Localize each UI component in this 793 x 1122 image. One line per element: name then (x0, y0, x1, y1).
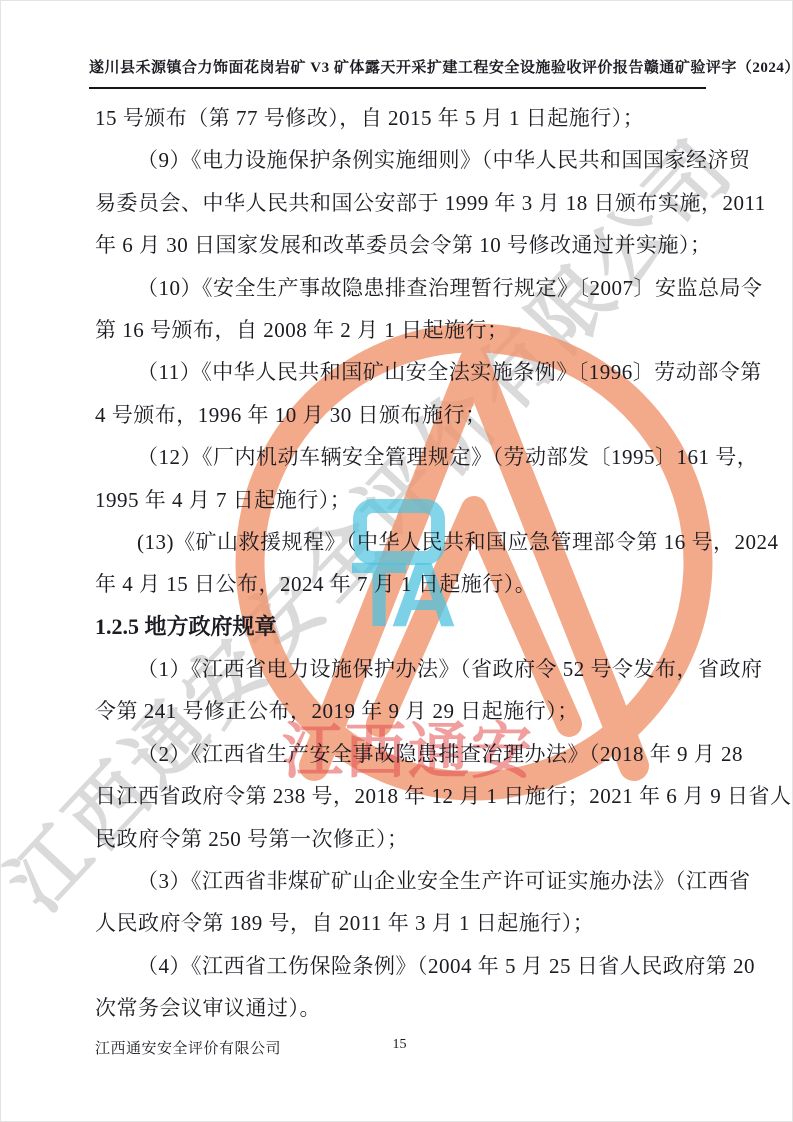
body-line: (13)《矿山救援规程》（中华人民共和国应急管理部令第 16 号，2024 (95, 521, 702, 563)
body-line: （2）《江西省生产安全事故隐患排查治理办法》（2018 年 9 月 28 (95, 733, 702, 775)
body-line: （12）《厂内机动车辆安全管理规定》（劳动部发〔1995〕161 号， (95, 436, 702, 478)
body-line: 令第 241 号修正公布，2019 年 9 月 29 日起施行）； (95, 690, 702, 732)
body-line: （1）《江西省电力设施保护办法》（省政府令 52 号令发布，省政府 (95, 648, 702, 690)
body-line: 1995 年 4 月 7 日起施行）； (95, 479, 702, 521)
body-line: 15 号颁布（第 77 号修改），自 2015 年 5 月 1 日起施行）； (95, 97, 702, 139)
body-line: （11）《中华人民共和国矿山安全法实施条例》〔1996〕劳动部令第 (95, 351, 702, 393)
body-line: 民政府令第 250 号第一次修正）； (95, 818, 702, 860)
body-line: 次常务会议审议通过）。 (95, 987, 702, 1029)
header-report-title: 遂川县禾源镇合力饰面花岗岩矿 V3 矿体露天开采扩建工程安全设施验收评价报告 (89, 56, 644, 77)
section-heading: 1.2.5 地方政府规章 (95, 606, 702, 648)
body-line: 第 16 号颁布，自 2008 年 2 月 1 日起施行； (95, 309, 702, 351)
body-line: （4）《江西省工伤保险条例》（2004 年 5 月 25 日省人民政府第 20 (95, 945, 702, 987)
document-body: 15 号颁布（第 77 号修改），自 2015 年 5 月 1 日起施行）；（9… (95, 97, 702, 1030)
page-header: 遂川县禾源镇合力饰面花岗岩矿 V3 矿体露天开采扩建工程安全设施验收评价报告 赣… (89, 1, 706, 89)
body-line: 年 6 月 30 日国家发展和改革委员会令第 10 号修改通过并实施）； (95, 224, 702, 266)
body-line: 4 号颁布，1996 年 10 月 30 日颁布施行； (95, 394, 702, 436)
page-footer: 江西通安安全评价有限公司 15 (95, 1037, 704, 1061)
document-page: 江西通安安全评价有限公司 TA 江西通安 遂川县禾源镇合力饰面花岗岩矿 V3 矿… (0, 0, 793, 1122)
header-doc-number: 赣通矿验评字（2024）007 号 (644, 56, 793, 77)
body-line: 人民政府令第 189 号，自 2011 年 3 月 1 日起施行）； (95, 902, 702, 944)
body-line: 年 4 月 15 日公布，2024 年 7 月 1 日起施行）。 (95, 563, 702, 605)
body-line: （3）《江西省非煤矿矿山企业安全生产许可证实施办法》（江西省 (95, 860, 702, 902)
page-number: 15 (95, 1037, 704, 1053)
body-line: 易委员会、中华人民共和国公安部于 1999 年 3 月 18 日颁布实施，201… (95, 182, 702, 224)
body-line: （10）《安全生产事故隐患排查治理暂行规定》〔2007〕安监总局令 (95, 267, 702, 309)
body-line: 日江西省政府令第 238 号，2018 年 12 月 1 日施行；2021 年 … (95, 775, 702, 817)
body-line: （9）《电力设施保护条例实施细则》（中华人民共和国国家经济贸 (95, 139, 702, 181)
